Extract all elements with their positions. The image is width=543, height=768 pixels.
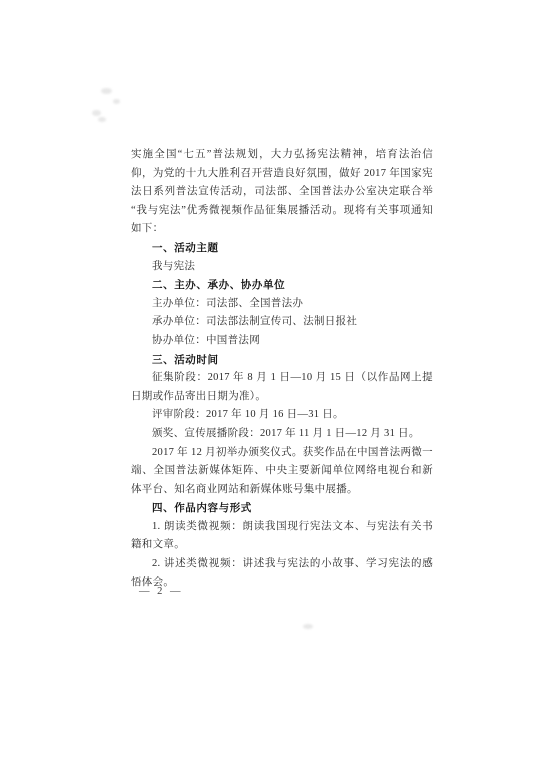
text-line: 主办单位：司法部、全国普法办	[131, 295, 433, 314]
text-line: 我与宪法	[131, 258, 433, 277]
scan-smudge	[92, 110, 101, 116]
scan-smudge	[98, 117, 106, 122]
text-line: 协办单位：中国普法网	[131, 332, 433, 351]
document-body: 实施全国“七五”普法规划，大力弘扬宪法精神，培育法治信 仰，为党的十九大胜利召开…	[131, 146, 433, 592]
text-line: 征集阶段：2017 年 8 月 1 日—10 月 15 日（以作品网上提交	[131, 369, 433, 388]
scan-smudge	[113, 99, 120, 104]
text-line: 端、全国普法新媒体矩阵、中央主要新闻单位网络电视台和新媒	[131, 462, 433, 481]
text-line: 颁奖、宣传展播阶段：2017 年 11 月 1 日—12 月 31 日。	[131, 425, 433, 444]
text-line: 籍和文章。	[131, 536, 433, 555]
text-line: 2. 讲述类微视频：讲述我与宪法的小故事、学习宪法的感	[131, 555, 433, 574]
text-line: 实施全国“七五”普法规划，大力弘扬宪法精神，培育法治信	[131, 146, 433, 165]
scanned-page: 实施全国“七五”普法规划，大力弘扬宪法精神，培育法治信 仰，为党的十九大胜利召开…	[0, 0, 543, 768]
text-line: 日期或作品寄出日期为准）。	[131, 388, 433, 407]
text-line: 评审阶段：2017 年 10 月 16 日—31 日。	[131, 406, 433, 425]
scan-smudge	[101, 88, 112, 94]
text-line: 体平台、知名商业网站和新媒体账号集中展播。	[131, 481, 433, 500]
text-line: 如下：	[131, 220, 433, 239]
text-line: 仰，为党的十九大胜利召开营造良好氛围，做好 2017 年国家宪	[131, 165, 433, 184]
text-line: 承办单位：司法部法制宣传司、法制日报社	[131, 313, 433, 332]
text-line: “我与宪法”优秀微视频作品征集展播活动。现将有关事项通知	[131, 202, 433, 221]
text-line: 2017 年 12 月初举办颁奖仪式。获奖作品在中国普法两微一	[131, 444, 433, 463]
text-line: 1. 朗读类微视频：朗读我国现行宪法文本、与宪法有关书	[131, 518, 433, 537]
section-heading-4: 四、作品内容与形式	[131, 499, 433, 518]
section-heading-3: 三、活动时间	[131, 351, 433, 370]
scan-smudge	[303, 624, 313, 629]
page-number: — 2 —	[139, 586, 183, 597]
section-heading-2: 二、主办、承办、协办单位	[131, 276, 433, 295]
text-line: 法日系列普法宣传活动，司法部、全国普法办公室决定联合举办	[131, 183, 433, 202]
section-heading-1: 一、活动主题	[131, 239, 433, 258]
